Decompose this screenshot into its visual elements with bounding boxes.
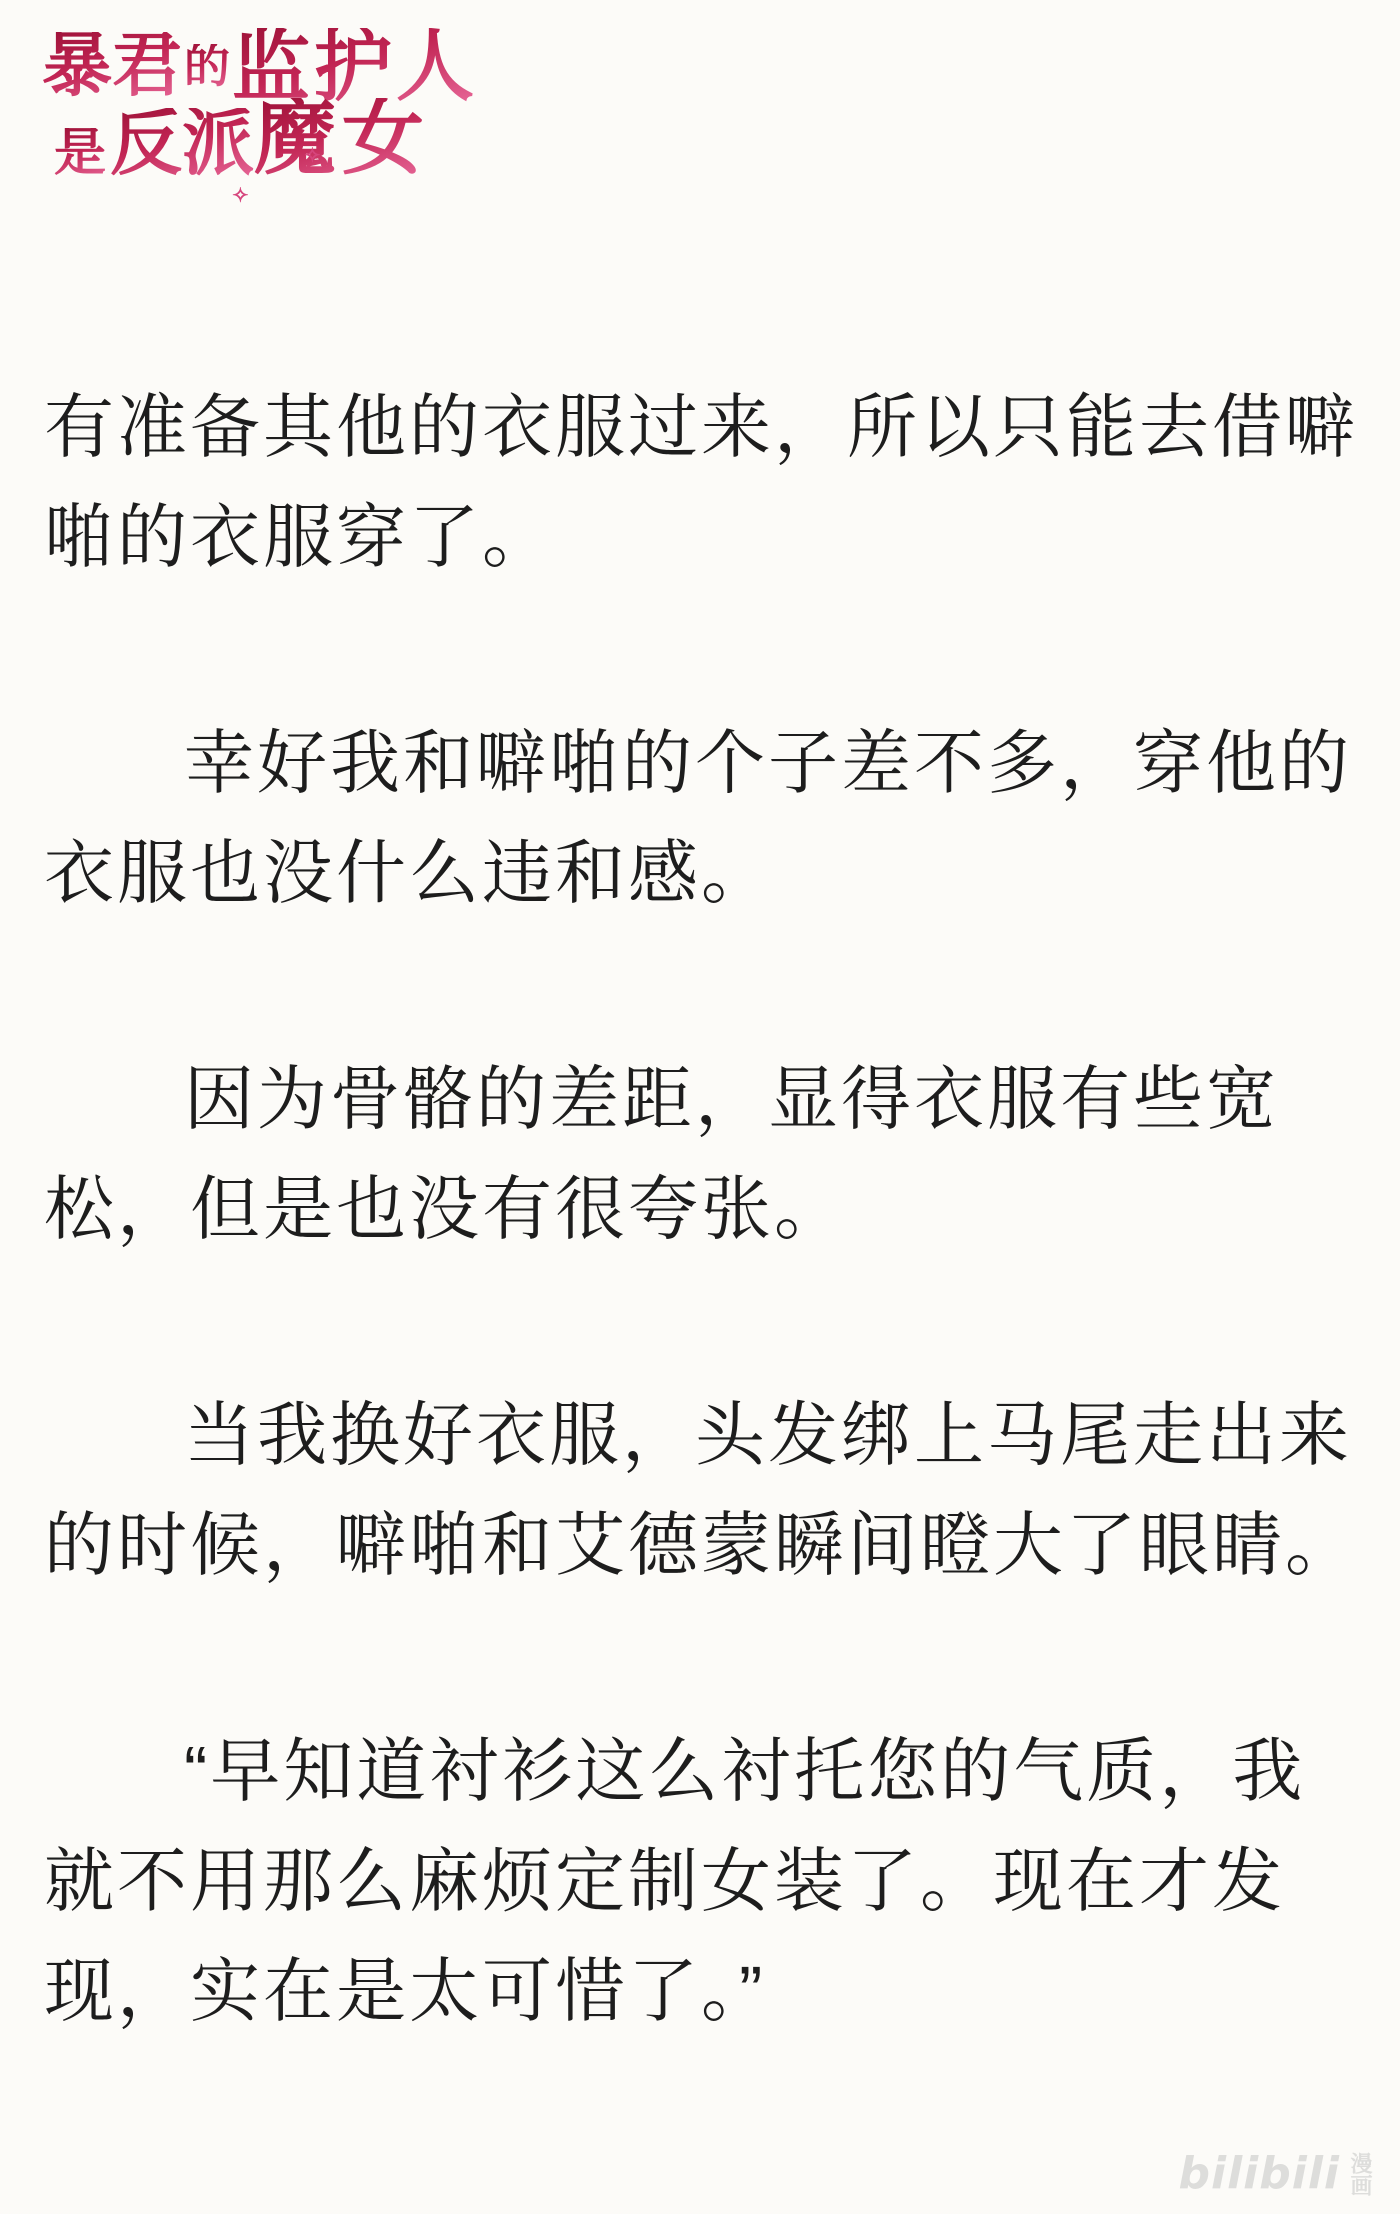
bilibili-manga-watermark: bilibili 漫画 bbox=[1179, 2152, 1372, 2196]
story-paragraph: 因为骨骼的差距，显得衣服有些宽松，但是也没有很夸张。 bbox=[44, 1044, 1358, 1264]
story-paragraph: 当我换好衣服，头发绑上马尾走出来的时候，噼啪和艾德蒙瞬间瞪大了眼睛。 bbox=[44, 1380, 1358, 1600]
story-paragraph: 幸好我和噼啪的个子差不多，穿他的衣服也没什么违和感。 bbox=[44, 708, 1358, 928]
bilibili-logo: bilibili bbox=[1179, 2152, 1340, 2196]
story-paragraph: “早知道衬衫这么衬托您的气质，我就不用那么麻烦定制女装了。现在才发现，实在是太可… bbox=[44, 1716, 1358, 2046]
story-paragraph: 有准备其他的衣服过来，所以只能去借噼啪的衣服穿了。 bbox=[44, 372, 1358, 592]
sparkle-icon: ✧ bbox=[304, 146, 321, 166]
logo-text-segment: 是 bbox=[54, 128, 110, 180]
manga-label: 漫画 bbox=[1346, 2152, 1372, 2196]
logo-text-segment: 魔女 bbox=[254, 98, 430, 180]
logo-text-segment: 暴君 bbox=[42, 32, 182, 102]
logo-text-segment: 的 bbox=[182, 44, 232, 90]
sparkle-icon: ✧ bbox=[232, 186, 249, 206]
series-title-logo: 暴君 的 监护人 是 反派 魔女 ✧ ✧ bbox=[42, 28, 478, 180]
logo-line-2: 是 反派 魔女 bbox=[54, 98, 478, 180]
logo-text-segment: 反派 bbox=[110, 108, 254, 180]
story-text-block: 有准备其他的衣服过来，所以只能去借噼啪的衣服穿了。 幸好我和噼啪的个子差不多，穿… bbox=[44, 372, 1358, 2162]
